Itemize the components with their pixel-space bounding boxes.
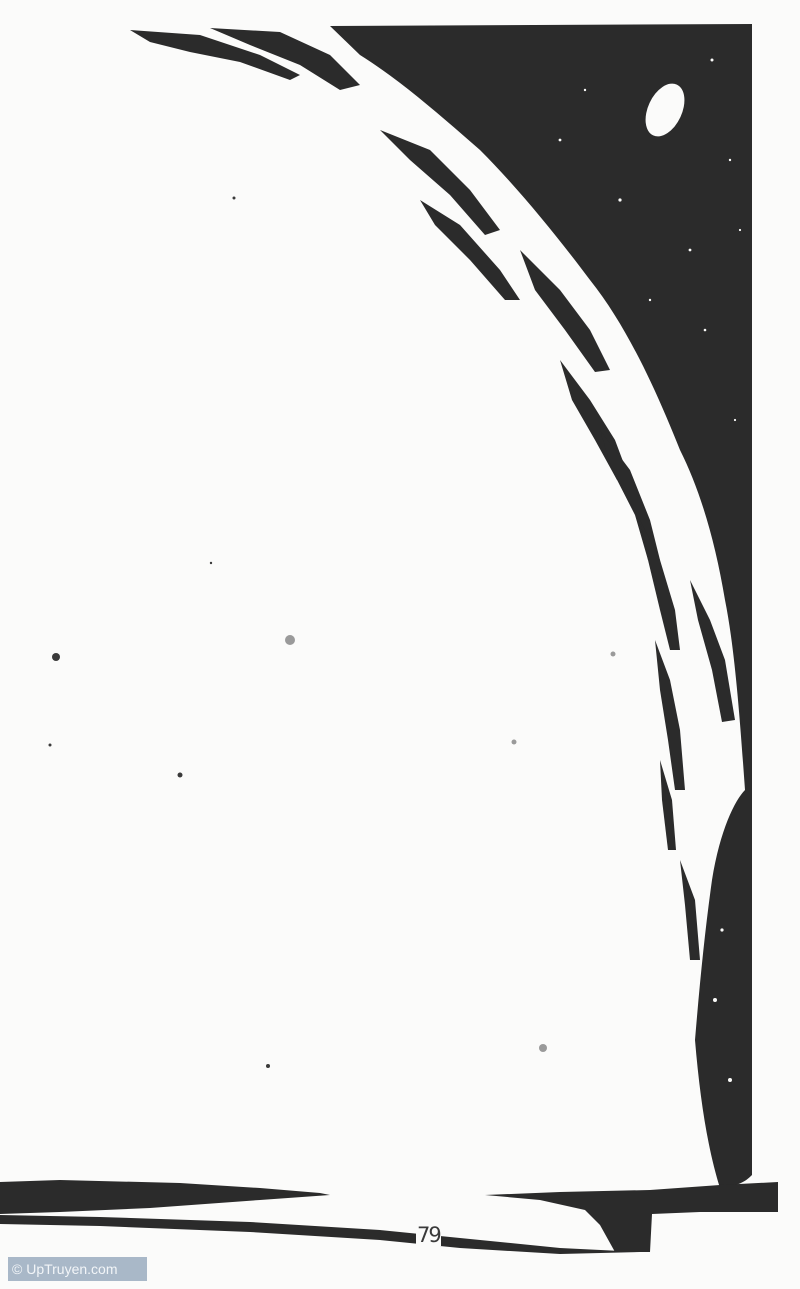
- planet-faint-specks: [285, 635, 616, 1052]
- page-number: 79: [416, 1224, 441, 1246]
- manga-page: 79 © UpTruyen.com: [0, 0, 800, 1289]
- planet-specks: [49, 197, 271, 1069]
- space-panel-illustration: [0, 0, 800, 1289]
- watermark-badge: © UpTruyen.com: [8, 1257, 147, 1281]
- space-background: [330, 24, 752, 1188]
- bottom-brush-strokes: [0, 1180, 778, 1254]
